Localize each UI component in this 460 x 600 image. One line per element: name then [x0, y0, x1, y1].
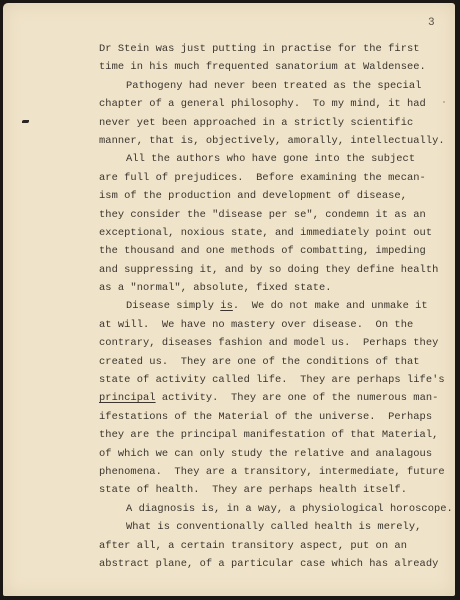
text-line: principal activity. They are one of the … — [99, 389, 429, 407]
paper-speck — [443, 101, 445, 103]
text-line: state of activity called life. They are … — [99, 371, 429, 389]
underlined-word: is — [220, 300, 233, 312]
text-line: at will. We have no mastery over disease… — [99, 316, 429, 334]
text-line: as a "normal", absolute, fixed state. — [99, 279, 429, 297]
text-line: Dr Stein was just putting in practise fo… — [99, 40, 429, 58]
text-line: and suppressing it, and by so doing they… — [99, 261, 429, 279]
text-line: the thousand and one methods of combatti… — [99, 242, 429, 260]
underlined-word: principal — [99, 392, 156, 404]
typewritten-page: 3 Dr Stein was just putting in practise … — [3, 3, 455, 596]
text-line: time in his much frequented sanatorium a… — [99, 58, 429, 76]
text-line: after all, a certain transitory aspect, … — [99, 537, 429, 555]
text-line: Disease simply is. We do not make and un… — [99, 297, 429, 315]
text-line: ism of the production and development of… — [99, 187, 429, 205]
text-line: A diagnosis is, in a way, a physiologica… — [99, 500, 429, 518]
text-line: they are the principal manifestation of … — [99, 426, 429, 444]
text-line: of which we can only study the relative … — [99, 445, 429, 463]
text-line: never yet been approached in a strictly … — [99, 114, 429, 132]
page-number: 3 — [428, 17, 435, 29]
text-line: they consider the "disease per se", cond… — [99, 206, 429, 224]
text-line: state of health. They are perhaps health… — [99, 481, 429, 499]
text-line: Pathogeny had never been treated as the … — [99, 77, 429, 95]
text-line: abstract plane, of a particular case whi… — [99, 555, 429, 573]
text-line: contrary, diseases fashion and model us.… — [99, 334, 429, 352]
text-line: chapter of a general philosophy. To my m… — [99, 95, 429, 113]
body-text: Dr Stein was just putting in practise fo… — [99, 40, 429, 573]
text-line: phenomena. They are a transitory, interm… — [99, 463, 429, 481]
text-line: What is conventionally called health is … — [99, 518, 429, 536]
text-line: ifestations of the Material of the unive… — [99, 408, 429, 426]
text-line: All the authors who have gone into the s… — [99, 150, 429, 168]
text-line: exceptional, noxious state, and immediat… — [99, 224, 429, 242]
text-line: are full of prejudices. Before examining… — [99, 169, 429, 187]
ink-mark — [22, 120, 29, 123]
text-line: created us. They are one of the conditio… — [99, 353, 429, 371]
text-line: manner, that is, objectively, amorally, … — [99, 132, 429, 150]
